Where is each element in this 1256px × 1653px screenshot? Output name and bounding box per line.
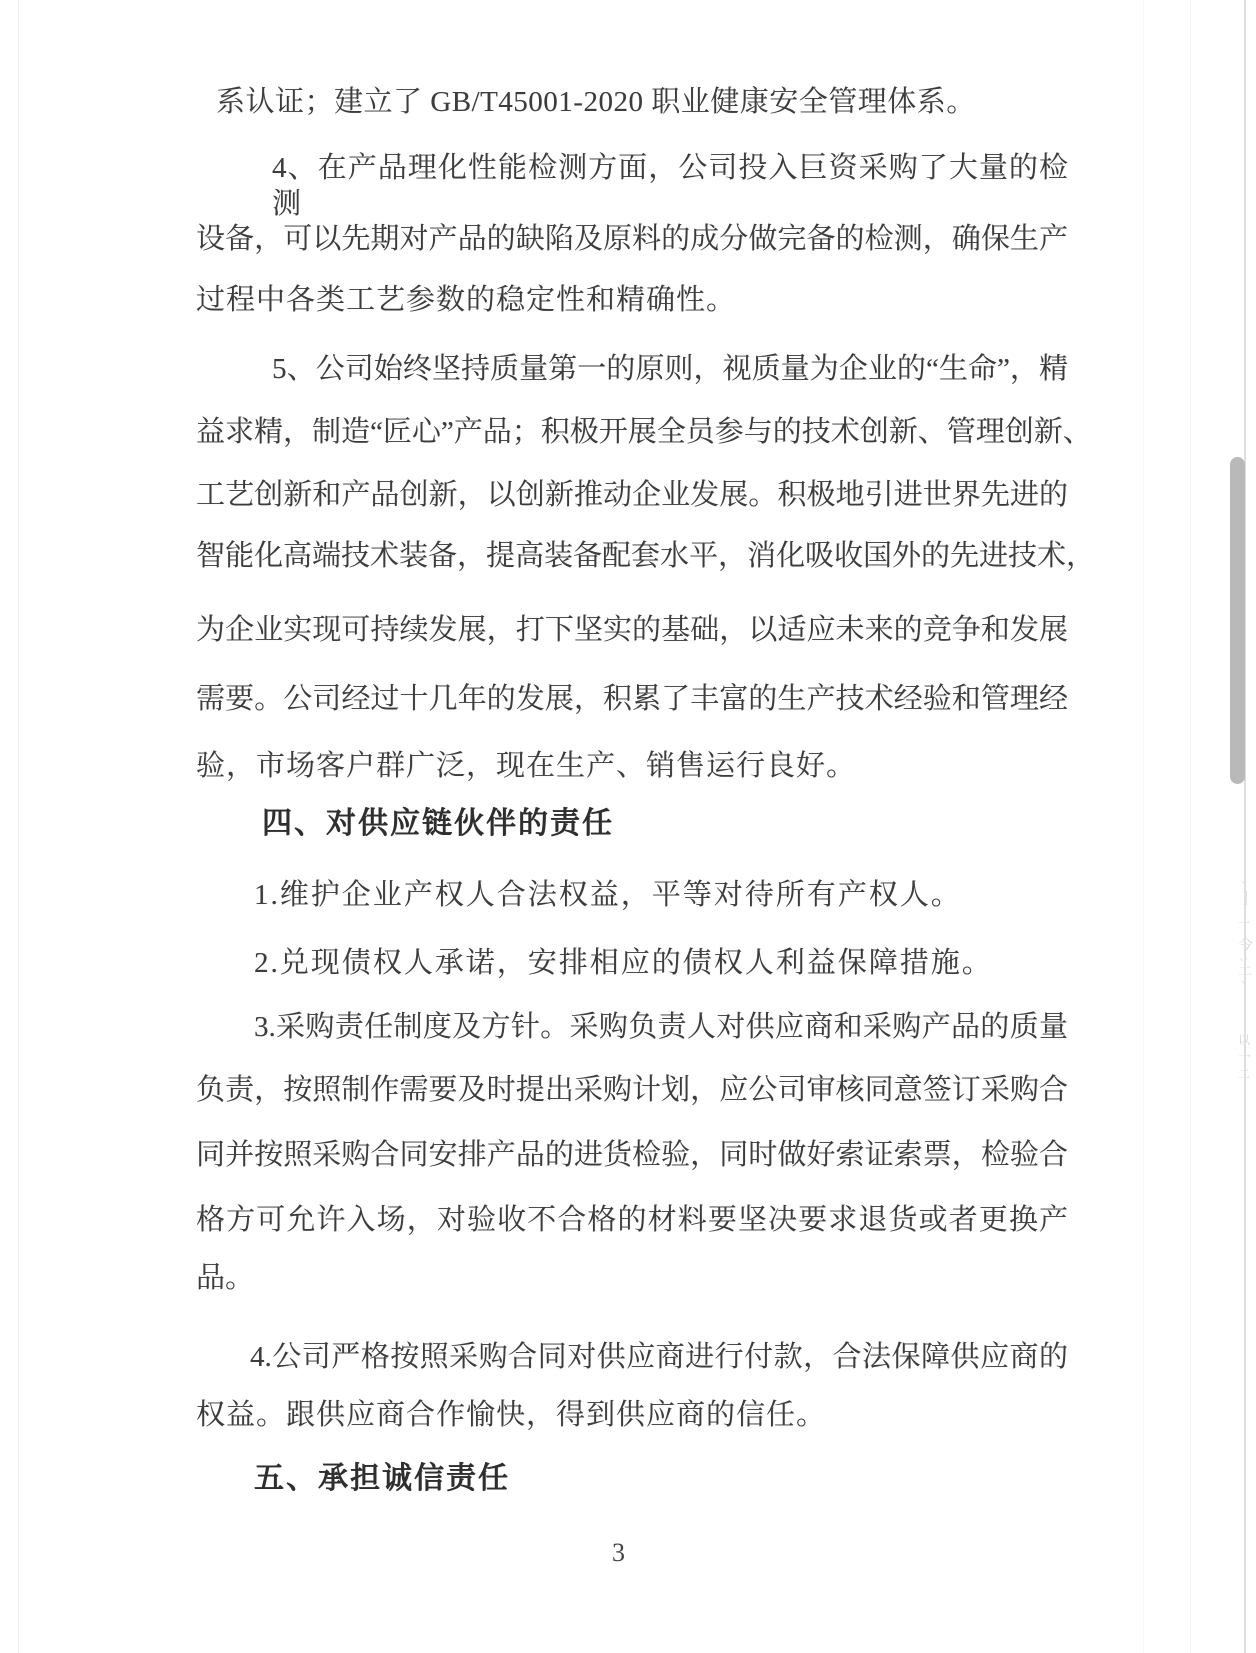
text-line: 益求精，制造“匠心”产品；积极开展全员参与的技术创新、管理创新、 [196,414,1092,450]
section-heading: 五、承担诚信责任 [254,1461,510,1497]
text-line: 4、在产品理化性能检测方面，公司投入巨资采购了大量的检测 [272,150,1068,222]
text-line: 为企业实现可持续发展，打下坚实的基础，以适应未来的竞争和发展 [196,612,1068,648]
page-number: 3 [612,1538,625,1568]
bleed-through-glyph: 丶 [1238,980,1248,990]
scanned-page: 系认证；建立了 GB/T45001-2020 职业健康安全管理体系。4、在产品理… [0,0,1256,1653]
bleed-through-glyph: 亅 [1238,892,1254,908]
page-edge-seam [1244,0,1246,1653]
page-edge-seam [1190,0,1191,1653]
page-edge-seam [1143,0,1144,1653]
page-edge-seam [18,0,19,1653]
text-line: 4.公司严格按照采购合同对供应商进行付款，合法保障供应商的 [250,1339,1068,1375]
scrollbar-thumb[interactable] [1230,457,1245,784]
text-line: 同并按照采购合同安排产品的进货检验，同时做好索证索票，检验合 [196,1137,1068,1173]
text-line: 权益。跟供应商合作愉快，得到供应商的信任。 [196,1397,826,1433]
bleed-through-glyph: 丶 [1238,880,1248,890]
text-line: 工艺创新和产品创新，以创新推动企业发展。积极地引进世界先进的 [196,477,1068,513]
text-line: 需要。公司经过十几年的发展，积累了丰富的生产技术经验和管理经 [196,681,1068,717]
text-line: 品。 [196,1260,254,1296]
text-line: 格方可允许入场，对验收不合格的材料要坚决要求退货或者更换产 [196,1202,1068,1238]
text-line: 负责，按照制作需要及时提出采购计划，应公司审核同意签订采购合 [196,1072,1068,1108]
text-line: 2.兑现债权人承诺，安排相应的债权人利益保障措施。 [254,945,993,981]
section-heading: 四、对供应链伙伴的责任 [262,806,614,842]
text-line: 智能化高端技术装备，提高装备配套水平，消化吸收国外的先进技术， [196,538,1095,574]
text-line: 系认证；建立了 GB/T45001-2020 职业健康安全管理体系。 [216,84,976,120]
text-line: 过程中各类工艺参数的稳定性和精确性。 [196,282,736,318]
text-line: 1.维护企业产权人合法权益，平等对待所有产权人。 [254,877,962,913]
text-line: 3.采购责任制度及方针。采购负责人对供应商和采购产品的质量 [254,1009,1068,1045]
text-line: 设备，可以先期对产品的缺陷及原料的成分做完备的检测，确保生产 [196,221,1068,257]
text-line: 验，市场客户群广泛，现在生产、销售运行良好。 [196,748,856,784]
text-line: 5、公司始终坚持质量第一的原则，视质量为企业的“生命”，精 [272,351,1068,387]
